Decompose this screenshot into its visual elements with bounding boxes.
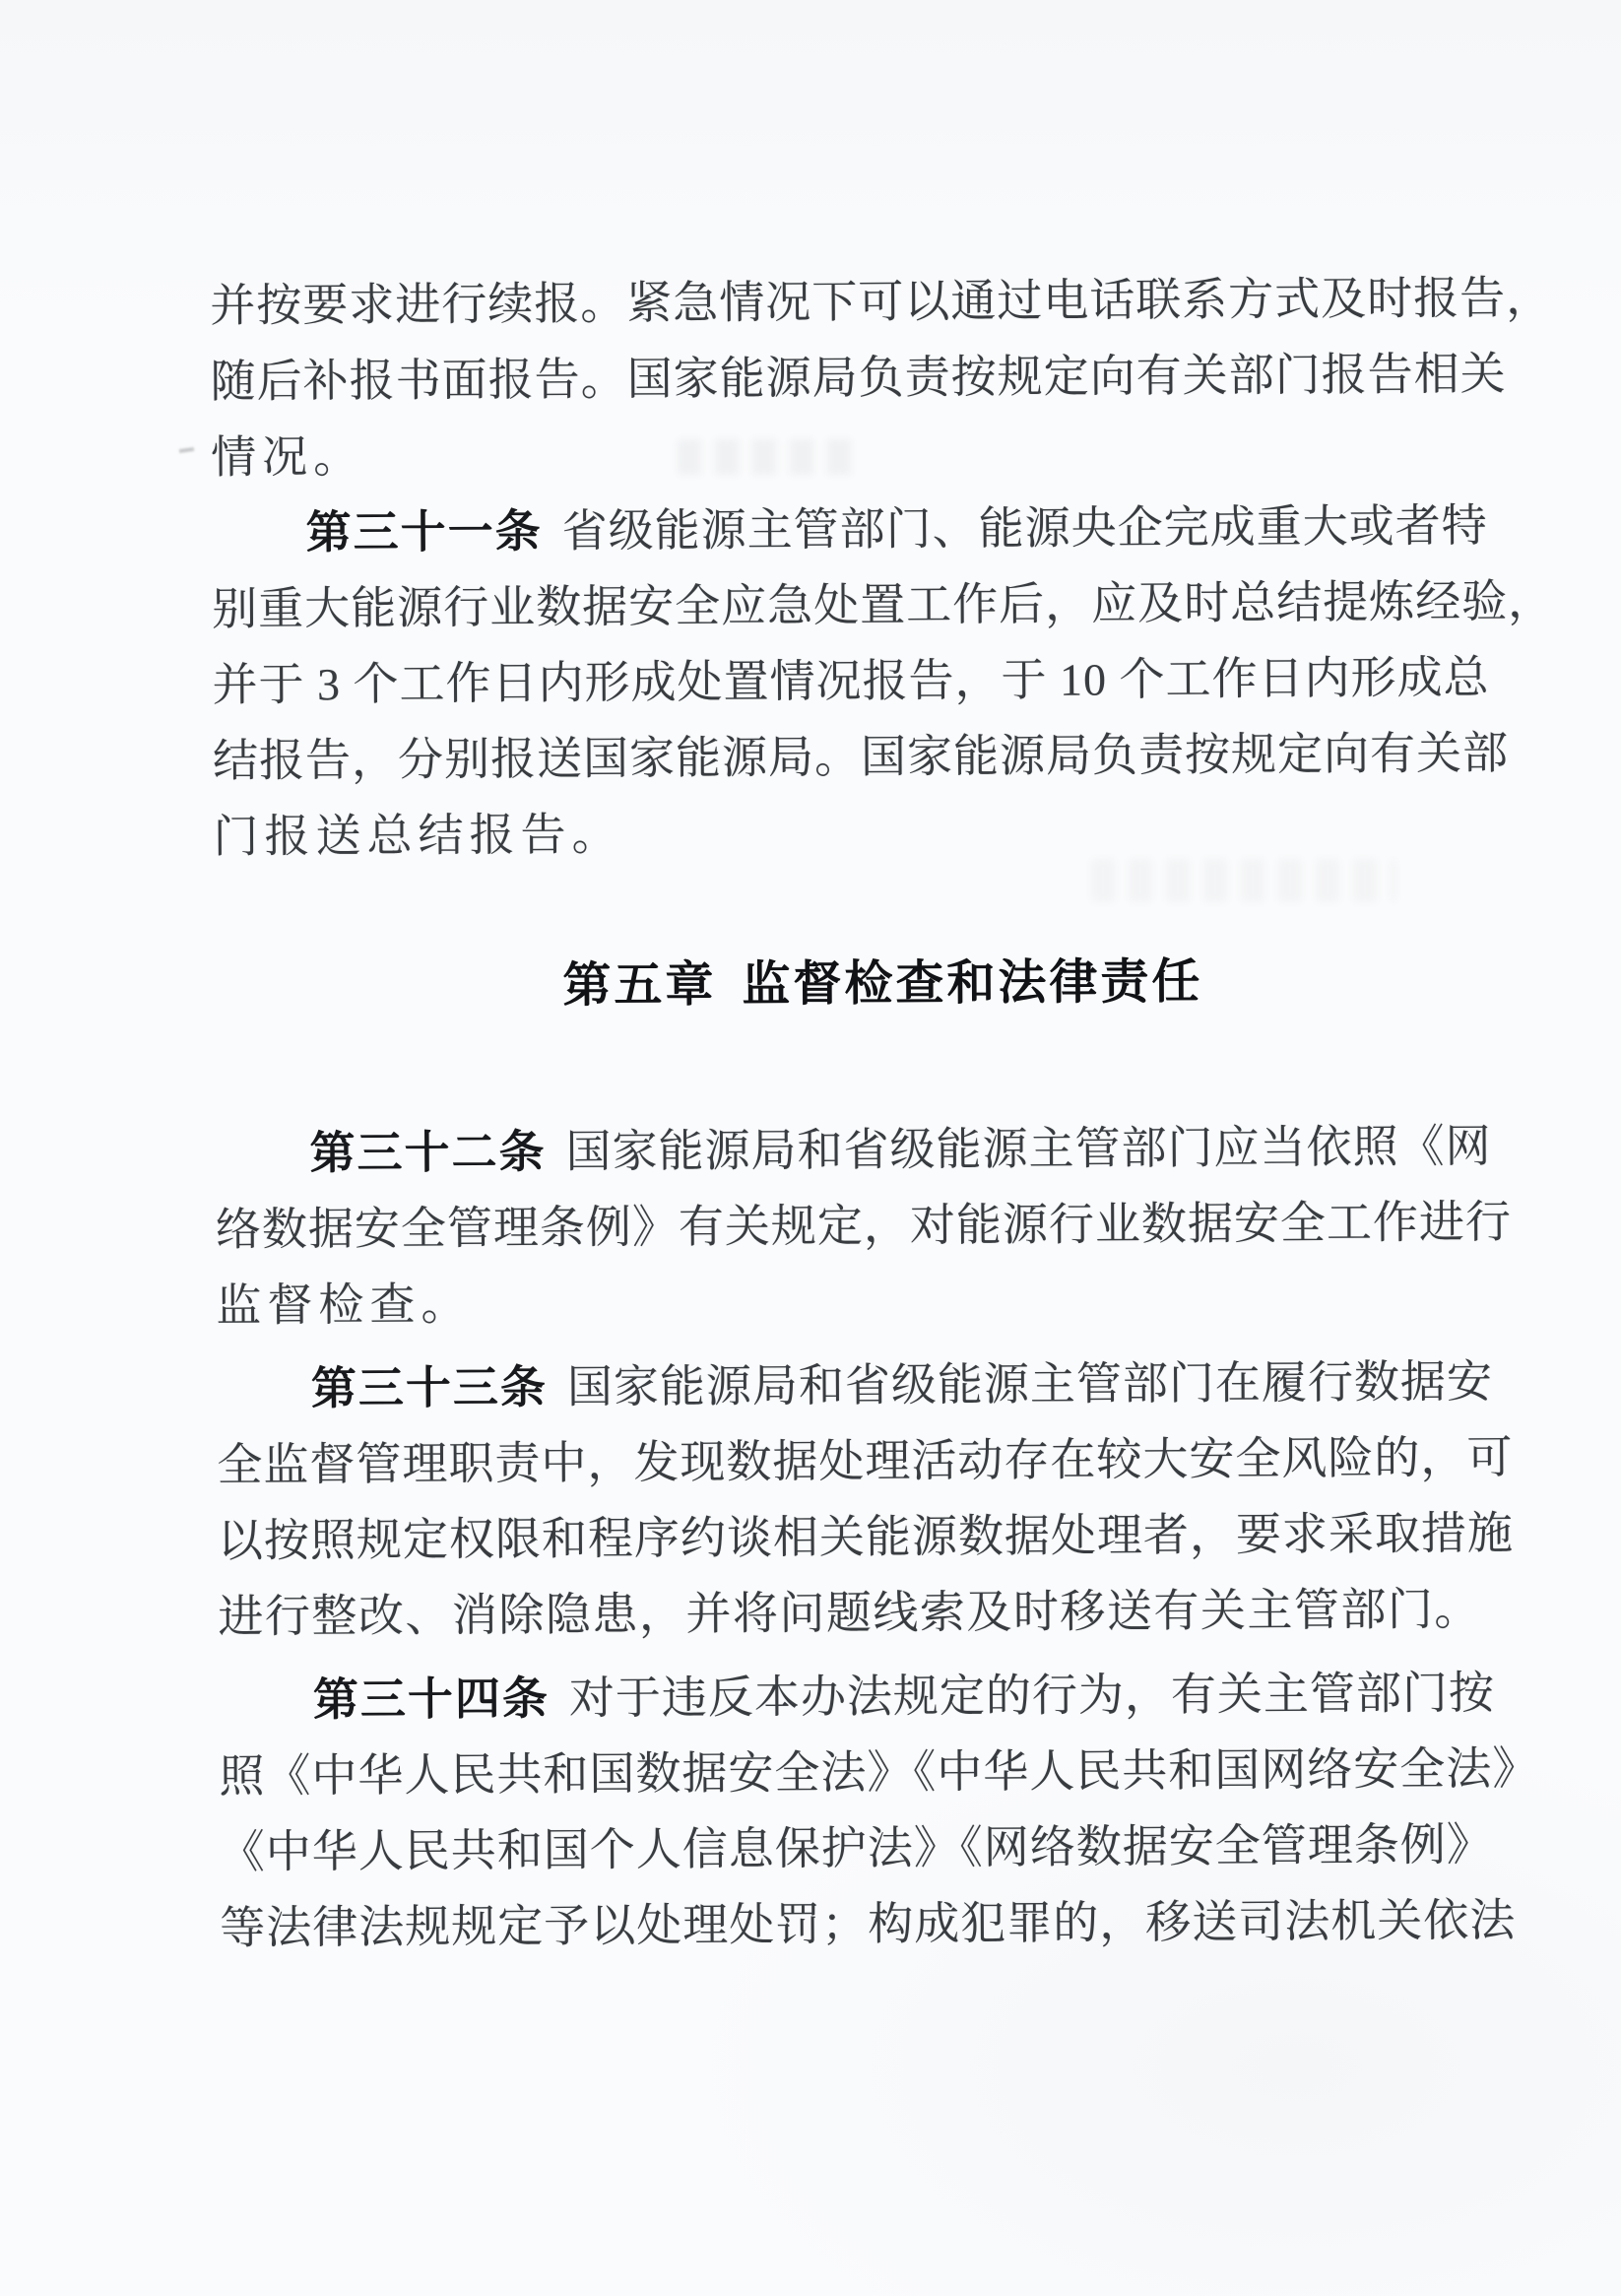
chapter-number: 第五章 (562, 958, 716, 1013)
text-line-14: 全监督管理职责中，发现数据处理活动存在较大安全风险的，可 (217, 1419, 1479, 1503)
text-line-15: 以按照规定权限和程序约谈相关能源数据处理者，要求采取措施 (218, 1495, 1480, 1579)
article-34-first-line: 第三十四条对于违反本办法规定的行为，有关主管部门按 (219, 1655, 1481, 1738)
text-line-6: 并于 3 个工作日内形成处置情况报告，于 10 个工作日内形成总 (212, 639, 1474, 723)
document-body: 并按要求进行续报。紧急情况下可以通过电话联系方式及时报告， 随后补报书面报告。国… (210, 260, 1483, 1966)
text-line-2: 随后补报书面报告。国家能源局负责按规定向有关部门报告相关 (210, 336, 1472, 420)
text-line-11: 络数据安全管理条例》有关规定，对能源行业数据安全工作进行 (216, 1184, 1478, 1268)
article-31-number: 第三十一条 (305, 505, 542, 558)
text-line-3: 情况。 (211, 412, 1473, 495)
article-33-first-line: 第三十三条国家能源局和省级能源主管部门在履行数据安 (217, 1344, 1479, 1427)
article-34-text: 对于违反本办法规定的行为，有关主管部门按 (569, 1668, 1495, 1724)
article-34-number: 第三十四条 (313, 1673, 550, 1725)
article-33-text: 国家能源局和省级能源主管部门在履行数据安 (567, 1356, 1493, 1412)
scan-smudge (179, 447, 194, 453)
text-line-7: 结报告，分别报送国家能源局。国家能源局负责按规定向有关部 (213, 715, 1475, 799)
chapter-title: 监督检查和法律责任 (742, 955, 1202, 1012)
article-31-text: 省级能源主管部门、能源央企完成重大或者特 (561, 500, 1487, 557)
text-line-18: 照《中华人民共和国数据安全法》《中华人民共和国网络安全法》 (219, 1731, 1481, 1814)
text-line-1: 并按要求进行续报。紧急情况下可以通过电话联系方式及时报告， (210, 260, 1472, 344)
text-line-19: 《中华人民共和国个人信息保护法》《网络数据安全管理条例》 (220, 1806, 1482, 1890)
text-line-5: 别重大能源行业数据安全应急处置工作后，应及时总结提炼经验， (212, 563, 1474, 647)
blank-line (215, 1018, 1477, 1102)
text-line-12: 监督检查。 (216, 1260, 1478, 1344)
text-line-20: 等法律法规规定予以处理处罚；构成犯罪的，移送司法机关依法 (220, 1882, 1482, 1966)
text-line-16: 进行整改、消除隐患，并将问题线索及时移送有关主管部门。 (218, 1571, 1480, 1655)
chapter-heading: 第五章监督检查和法律责任 (251, 943, 1514, 1026)
scanned-document-page: 并按要求进行续报。紧急情况下可以通过电话联系方式及时报告， 随后补报书面报告。国… (0, 0, 1621, 2296)
text-line-8: 门报送总结报告。 (213, 791, 1475, 875)
article-31-first-line: 第三十一条省级能源主管部门、能源央企完成重大或者特 (211, 488, 1473, 571)
article-32-first-line: 第三十二条国家能源局和省级能源主管部门应当依照《网 (215, 1108, 1477, 1192)
article-32-text: 国家能源局和省级能源主管部门应当依照《网 (565, 1121, 1491, 1177)
blank-line (214, 867, 1476, 951)
article-33-number: 第三十三条 (311, 1361, 548, 1413)
article-32-number: 第三十二条 (309, 1126, 546, 1178)
